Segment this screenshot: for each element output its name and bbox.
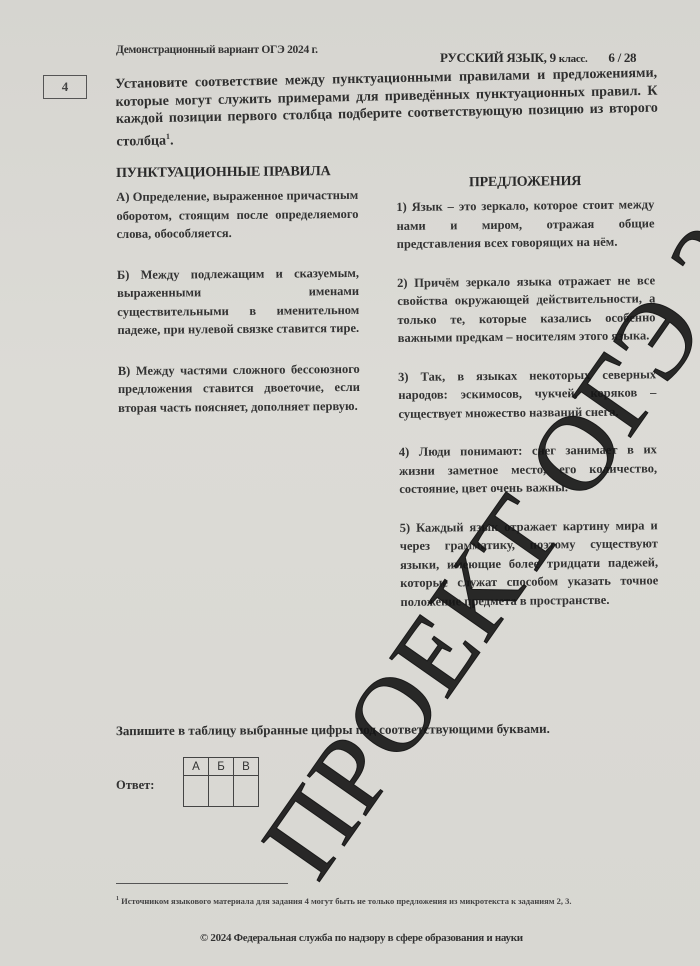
answer-cell-v[interactable]: [234, 776, 259, 807]
answer-table: А Б В: [183, 757, 259, 807]
answer-cell-a[interactable]: [184, 776, 209, 807]
footnote-divider: [116, 883, 288, 884]
sentences-heading: ПРЕДЛОЖЕНИЯ: [396, 173, 654, 192]
header-subject: РУССКИЙ ЯЗЫК, 9 класс. 6 / 28: [440, 50, 636, 66]
sentence-item-5: 5) Каждый язык отражает картину мира и ч…: [400, 516, 659, 611]
answer-instruction: Запишите в таблицу выбранные цифры под с…: [116, 721, 550, 739]
rules-heading: ПУНКТУАЦИОННЫЕ ПРАВИЛА: [116, 164, 358, 182]
page-number: 6 / 28: [608, 50, 636, 65]
rule-item-a: А) Определение, выраженное причастным об…: [116, 186, 358, 244]
sentence-item-3: 3) Так, в языках некоторых северных наро…: [398, 365, 657, 423]
answer-col-b: Б: [209, 758, 234, 776]
sentence-item-4: 4) Люди понимают: снег занимает в их жиз…: [399, 440, 658, 498]
document-page: Демонстрационный вариант ОГЭ 2024 г. РУС…: [0, 0, 700, 966]
footnote-number: 1: [116, 896, 119, 902]
task-number-box: 4: [43, 75, 87, 99]
header-variant: Демонстрационный вариант ОГЭ 2024 г.: [116, 44, 318, 56]
answer-label: Ответ:: [116, 778, 154, 793]
subject-title: РУССКИЙ ЯЗЫК, 9: [440, 50, 556, 65]
task-intro-text: Установите соответствие между пунктуацио…: [115, 66, 658, 149]
answer-cell-b[interactable]: [209, 776, 234, 807]
answer-col-v: В: [234, 758, 259, 776]
answer-col-a: А: [184, 758, 209, 776]
task-intro-end: .: [170, 133, 174, 148]
rule-item-b: Б) Между подлежащим и сказуемым, выражен…: [117, 263, 360, 339]
rule-item-v: В) Между частями сложного бессоюзного пр…: [118, 359, 360, 417]
footnote: 1 Источником языкового материала для зад…: [116, 893, 656, 907]
sentence-item-1: 1) Язык – это зеркало, которое стоит меж…: [396, 195, 655, 253]
copyright-line: © 2024 Федеральная служба по надзору в с…: [200, 932, 523, 944]
sentences-column: ПРЕДЛОЖЕНИЯ 1) Язык – это зеркало, котор…: [396, 173, 659, 631]
sentence-item-2: 2) Причём зеркало языка отражает не все …: [397, 271, 656, 348]
rules-column: ПУНКТУАЦИОННЫЕ ПРАВИЛА А) Определение, в…: [116, 164, 360, 439]
footnote-text: Источником языкового материала для задан…: [121, 896, 571, 906]
task-intro: Установите соответствие между пунктуацио…: [115, 65, 658, 151]
class-label: класс.: [559, 53, 588, 65]
